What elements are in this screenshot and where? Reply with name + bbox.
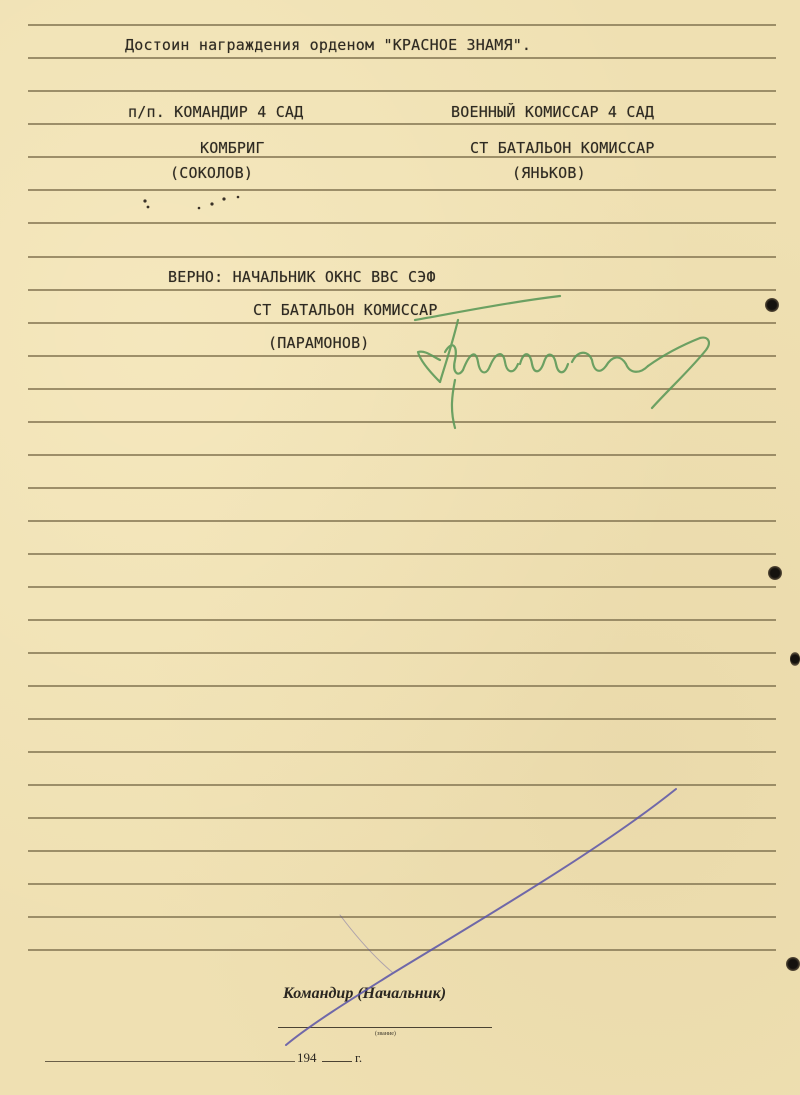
handwriting-overlay (0, 0, 800, 1095)
document-page: Достоин награждения орденом "КРАСНОЕ ЗНА… (0, 0, 800, 1095)
ink-marks (143, 196, 239, 210)
green-signature (415, 296, 709, 428)
blue-pencil-strike (286, 789, 676, 1045)
